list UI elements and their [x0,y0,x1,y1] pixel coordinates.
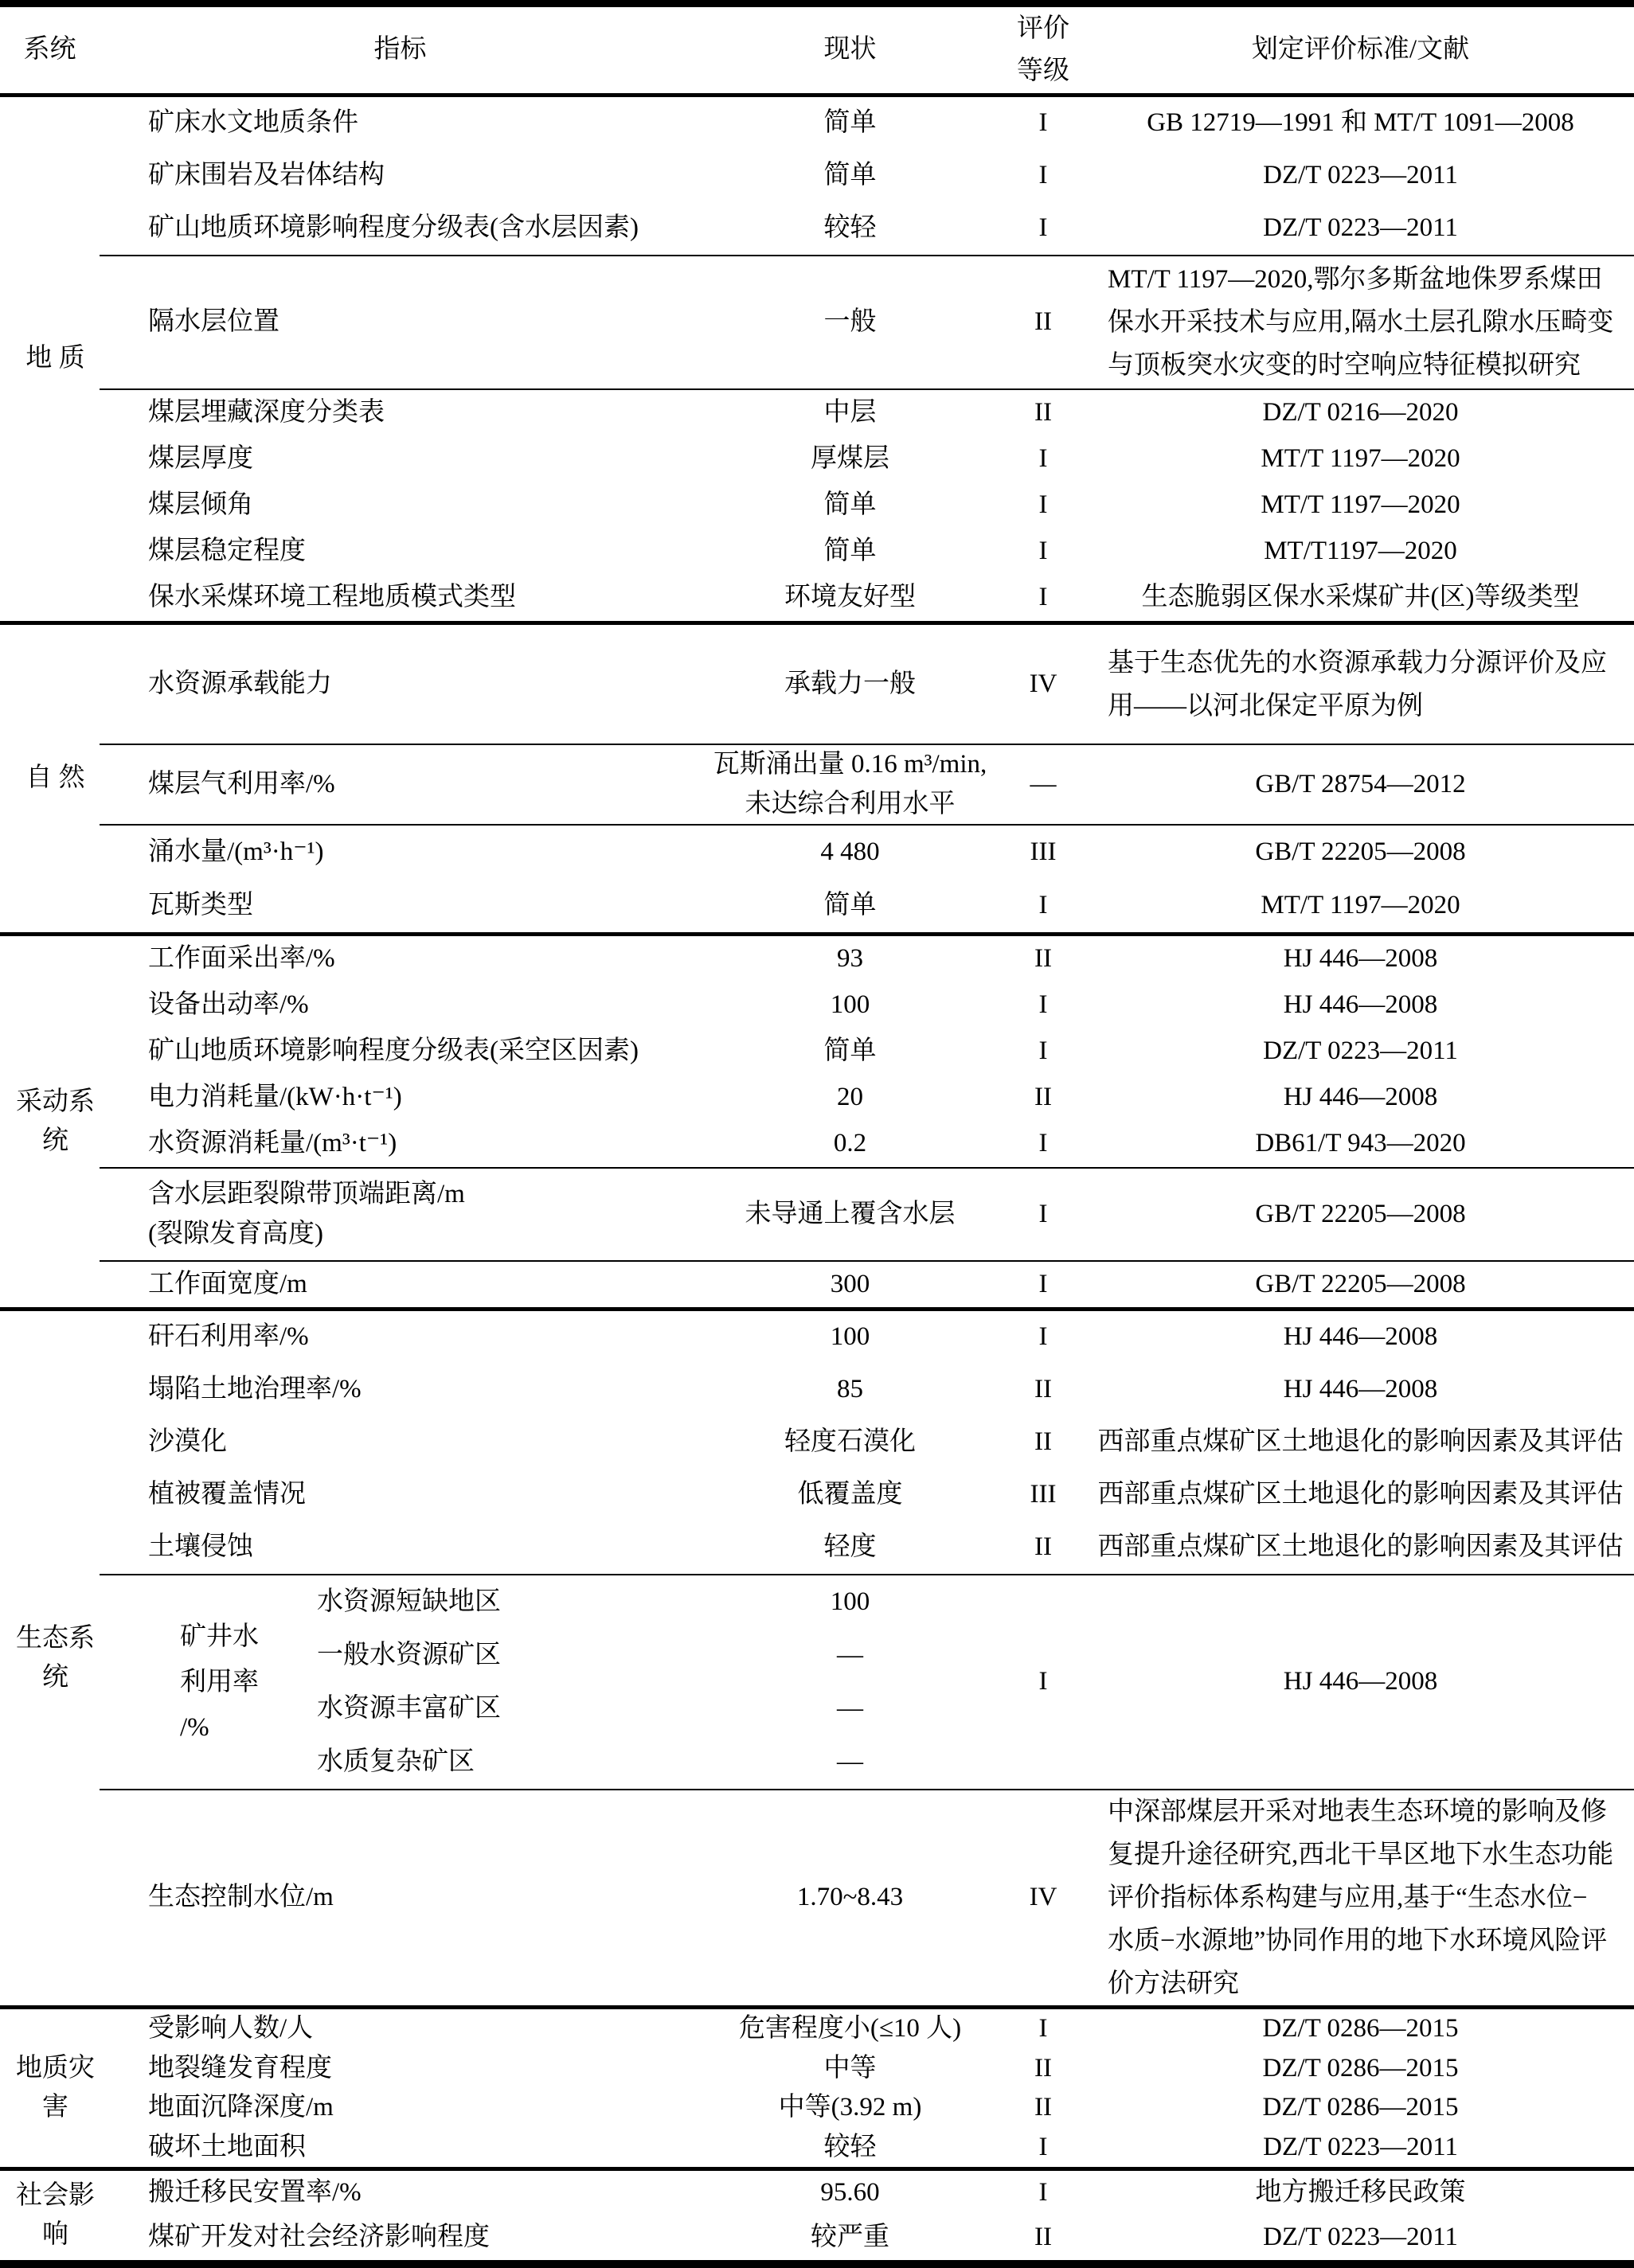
section-nature: 自 然 水资源承载能力 承载力一般 IV 基于生态优先的水资源承载力分源评价及应… [0,621,1634,932]
section-label: 地质灾害 [0,2009,100,2167]
standard-cell: MT/T 1197—2020 [1087,886,1634,926]
row-group: 生态控制水位/m 1.70~8.43 IV 中深部煤层开采对地表生态环境的影响及… [100,1789,1634,2005]
table-row: 煤层气利用率/% 瓦斯涌出量 0.16 m³/min, 未达综合利用水平 — G… [100,745,1634,824]
status-cell: 简单 [701,156,999,196]
section-social-impact: 社会影响 搬迁移民安置率/% 95.60 I 地方搬迁移民政策 煤矿开发对社会经… [0,2167,1634,2260]
indicator-cell: 植被覆盖情况 [100,1475,701,1515]
header-status: 现状 [701,30,999,70]
indicator-cell: 水资源消耗量/(m³·t⁻¹) [100,1124,701,1164]
grade-cell: I [999,578,1087,618]
table-row: 瓦斯类型 简单 I MT/T 1197—2020 [100,879,1634,932]
grade-cell: I [999,1032,1087,1072]
section-mining-system: 采动系统 工作面采出率/% 93 II HJ 446—2008 设备出动率/% … [0,932,1634,1307]
standard-cell: 中深部煤层开采对地表生态环境的影响及修 复提升途径研究,西北干旱区地下水生态功能… [1087,1790,1634,2005]
row-group: 隔水层位置 一般 II MT/T 1197—2020,鄂尔多斯盆地侏罗系煤田 保… [100,255,1634,388]
row-group: 受影响人数/人 危害程度小(≤10 人) I DZ/T 0286—2015 地裂… [100,2009,1634,2167]
indicator-cell: 煤层稳定程度 [100,532,701,572]
indicator-cell: 矿山地质环境影响程度分级表(采空区因素) [100,1032,701,1072]
indicator-cell: 矿山地质环境影响程度分级表(含水层因素) [100,209,701,248]
standard-cell: HJ 446—2008 [1087,1078,1634,1118]
table-row: 涌水量/(m³·h⁻¹) 4 480 III GB/T 22205—2008 [100,826,1634,879]
indicator-cell: 土壤侵蚀 [100,1528,701,1567]
status-cell: 20 [701,1078,999,1118]
table-row: 矿床围岩及岩体结构 简单 I DZ/T 0223—2011 [100,150,1634,202]
table-row: 煤层厚度 厚煤层 I MT/T 1197—2020 [100,436,1634,482]
table-row: 水资源短缺地区 100 [317,1575,999,1629]
standard-cell: GB 12719—1991 和 MT/T 1091—2008 [1087,103,1634,143]
table-row: 煤层稳定程度 简单 I MT/T1197—2020 [100,529,1634,575]
standard-cell: MT/T 1197—2020 [1087,486,1634,525]
section-label: 采动系统 [0,936,100,1307]
section-ecosystem: 生态系统 矸石利用率/% 100 I HJ 446—2008 塌陷土地治理率/%… [0,1307,1634,2005]
row-group: 涌水量/(m³·h⁻¹) 4 480 III GB/T 22205—2008 瓦… [100,824,1634,932]
row-group: 矸石利用率/% 100 I HJ 446—2008 塌陷土地治理率/% 85 I… [100,1311,1634,1574]
indicator-cell: 煤层倾角 [100,486,701,525]
indicator-cell: 含水层距裂隙带顶端距离/m (裂隙发育高度) [100,1175,701,1254]
status-cell: 瓦斯涌出量 0.16 m³/min, 未达综合利用水平 [701,745,999,824]
standard-cell: DZ/T 0223—2011 [1087,2218,1634,2258]
grade-cell: I [999,103,1087,143]
table-row: 保水采煤环境工程地质模式类型 环境友好型 I 生态脆弱区保水采煤矿井(区)等级类… [100,575,1634,621]
grade-cell: I [999,1662,1087,1702]
status-cell: 轻度石漠化 [701,1423,999,1462]
grade-cell: I [999,1124,1087,1164]
standard-cell: HJ 446—2008 [1087,1317,1634,1357]
standard-cell: 西部重点煤矿区土地退化的影响因素及其评估 [1087,1423,1634,1462]
table-row: 植被覆盖情况 低覆盖度 III 西部重点煤矿区土地退化的影响因素及其评估 [100,1469,1634,1521]
grade-cell: I [999,2009,1087,2049]
table-row: 工作面宽度/m 300 I GB/T 22205—2008 [100,1262,1634,1307]
status-cell: 简单 [701,532,999,572]
status-cell: 承载力一般 [701,665,999,705]
table-row: 沙漠化 轻度石漠化 II 西部重点煤矿区土地退化的影响因素及其评估 [100,1416,1634,1469]
status-cell: 环境友好型 [701,578,999,618]
status-cell: 0.2 [701,1124,999,1164]
grade-cell: III [999,1475,1087,1515]
table-row: 隔水层位置 一般 II MT/T 1197—2020,鄂尔多斯盆地侏罗系煤田 保… [100,256,1634,388]
grade-cell: II [999,2049,1087,2089]
indicator-cell: 工作面宽度/m [100,1265,701,1305]
section-geological-hazard: 地质灾害 受影响人数/人 危害程度小(≤10 人) I DZ/T 0286—20… [0,2005,1634,2167]
row-group: 工作面采出率/% 93 II HJ 446—2008 设备出动率/% 100 I… [100,936,1634,1167]
grade-cell: II [999,303,1087,342]
indicator-cell: 保水采煤环境工程地质模式类型 [100,578,701,618]
standard-cell: DZ/T 0223—2011 [1087,156,1634,196]
status-cell: 简单 [701,486,999,525]
header-system: 系统 [0,30,100,70]
status-cell: 100 [701,986,999,1025]
standard-cell: DZ/T 0286—2015 [1087,2009,1634,2049]
section-label: 地 质 [0,97,100,621]
status-cell: 轻度 [701,1528,999,1567]
table-row: 煤层埋藏深度分类表 中层 II DZ/T 0216—2020 [100,390,1634,436]
status-cell: 中等 [701,2049,999,2089]
standard-cell: DZ/T 0286—2015 [1087,2049,1634,2089]
indicator-cell: 地裂缝发育程度 [100,2049,701,2089]
status-cell: 93 [701,939,999,979]
table-row: 电力消耗量/(kW·h·t⁻¹) 20 II HJ 446—2008 [100,1075,1634,1121]
indicator-cell: 水资源承载能力 [100,665,701,705]
table-row: 塌陷土地治理率/% 85 II HJ 446—2008 [100,1364,1634,1416]
indicator-cell: 工作面采出率/% [100,939,701,979]
table-row: 土壤侵蚀 轻度 II 西部重点煤矿区土地退化的影响因素及其评估 [100,1521,1634,1574]
indicator-cell: 设备出动率/% [100,986,701,1025]
status-cell: 危害程度小(≤10 人) [701,2009,999,2049]
evaluation-table: 系统 指标 现状 评价 等级 划定评价标准/文献 地 质 矿床水文地质条件 简单… [0,0,1634,2268]
status-cell: — [701,1636,999,1676]
status-cell: 较严重 [701,2218,999,2258]
sub-indicator-cell: 水资源丰富矿区 [317,1689,701,1729]
grade-cell: II [999,2088,1087,2128]
status-cell: 4 480 [701,833,999,872]
standard-cell: GB/T 22205—2008 [1087,1195,1634,1235]
indicator-cell: 煤层埋藏深度分类表 [100,393,701,433]
grade-cell: II [999,1528,1087,1567]
table-row: 矿山地质环境影响程度分级表(采空区因素) 简单 I DZ/T 0223—2011 [100,1029,1634,1075]
grade-cell: II [999,2218,1087,2258]
grade-cell: II [999,1370,1087,1410]
grade-cell: I [999,2173,1087,2213]
grade-cell: I [999,439,1087,479]
table-row: 水资源丰富矿区 — [317,1682,999,1735]
status-cell: 未导通上覆含水层 [701,1195,999,1235]
indicator-cell: 瓦斯类型 [100,886,701,926]
table-row: 矿山地质环境影响程度分级表(含水层因素) 较轻 I DZ/T 0223—2011 [100,202,1634,255]
grade-cell: I [999,486,1087,525]
standard-cell: MT/T1197—2020 [1087,532,1634,572]
grade-cell: II [999,393,1087,433]
row-group-mine-water: 矿井水 利用率 /% 水资源短缺地区 100 一般水资源矿区 — 水资源丰富矿区 [100,1574,1634,1789]
standard-cell: GB/T 22205—2008 [1087,1265,1634,1305]
grade-cell: I [999,156,1087,196]
status-cell: 一般 [701,303,999,342]
table-row: 含水层距裂隙带顶端距离/m (裂隙发育高度) 未导通上覆含水层 I GB/T 2… [100,1169,1634,1260]
status-cell: 1.70~8.43 [701,1878,999,1918]
section-label: 生态系统 [0,1311,100,2005]
header-grade: 评价 等级 [999,8,1087,92]
standard-cell: 西部重点煤矿区土地退化的影响因素及其评估 [1087,1475,1634,1515]
grade-cell: IV [999,1878,1087,1918]
standard-cell: HJ 446—2008 [1087,1662,1634,1702]
table-row: 生态控制水位/m 1.70~8.43 IV 中深部煤层开采对地表生态环境的影响及… [100,1790,1634,2005]
standard-cell: MT/T 1197—2020 [1087,439,1634,479]
table-row: 矸石利用率/% 100 I HJ 446—2008 [100,1311,1634,1364]
indicator-cell: 煤层气利用率/% [100,765,701,805]
grade-cell: I [999,2128,1087,2168]
grade-cell: I [999,886,1087,926]
row-group: 工作面宽度/m 300 I GB/T 22205—2008 [100,1260,1634,1307]
indicator-cell: 地面沉降深度/m [100,2088,701,2128]
status-cell: 低覆盖度 [701,1475,999,1515]
status-cell: 中等(3.92 m) [701,2088,999,2128]
indicator-cell: 矿床水文地质条件 [100,103,701,143]
standard-cell: 地方搬迁移民政策 [1087,2173,1634,2213]
status-cell: 较轻 [701,2128,999,2168]
table-row: 煤层倾角 简单 I MT/T 1197—2020 [100,482,1634,529]
standard-cell: DZ/T 0286—2015 [1087,2088,1634,2128]
standard-cell: GB/T 22205—2008 [1087,833,1634,872]
standard-cell: MT/T 1197—2020,鄂尔多斯盆地侏罗系煤田 保水开采技术与应用,隔水土… [1087,258,1634,387]
status-cell: 简单 [701,886,999,926]
status-cell: 85 [701,1370,999,1410]
standard-cell: 生态脆弱区保水采煤矿井(区)等级类型 [1087,578,1634,618]
header-standard: 划定评价标准/文献 [1087,30,1634,70]
status-cell: 中层 [701,393,999,433]
row-group: 煤层埋藏深度分类表 中层 II DZ/T 0216—2020 煤层厚度 厚煤层 … [100,388,1634,621]
grade-cell: I [999,1317,1087,1357]
status-cell: 100 [701,1583,999,1622]
indicator-cell: 煤层厚度 [100,439,701,479]
status-cell: — [701,1689,999,1729]
indicator-cell: 生态控制水位/m [100,1878,701,1918]
table-row: 受影响人数/人 危害程度小(≤10 人) I DZ/T 0286—2015 [100,2009,1634,2049]
grade-cell: I [999,532,1087,572]
grade-cell: II [999,939,1087,979]
indicator-cell: 矸石利用率/% [100,1317,701,1357]
section-label: 社会影响 [0,2171,100,2260]
standard-cell: GB/T 28754—2012 [1087,765,1634,805]
indicator-cell: 搬迁移民安置率/% [100,2173,701,2213]
indicator-cell: 塌陷土地治理率/% [100,1370,701,1410]
grade-cell: I [999,1265,1087,1305]
table-row: 水资源消耗量/(m³·t⁻¹) 0.2 I DB61/T 943—2020 [100,1121,1634,1167]
status-cell: 简单 [701,103,999,143]
row-group: 水资源承载能力 承载力一般 IV 基于生态优先的水资源承载力分源评价及应 用——… [100,625,1634,744]
indicator-cell: 隔水层位置 [100,303,701,342]
status-cell: 厚煤层 [701,439,999,479]
standard-cell: HJ 446—2008 [1087,986,1634,1025]
status-cell: 简单 [701,1032,999,1072]
grade-cell: IV [999,665,1087,705]
status-cell: 100 [701,1317,999,1357]
standard-cell: DB61/T 943—2020 [1087,1124,1634,1164]
grade-cell: I [999,1195,1087,1235]
table-row: 煤矿开发对社会经济影响程度 较严重 II DZ/T 0223—2011 [100,2215,1634,2260]
table-row: 地裂缝发育程度 中等 II DZ/T 0286—2015 [100,2049,1634,2089]
indicator-cell: 破坏土地面积 [100,2128,701,2168]
indicator-cell: 矿床围岩及岩体结构 [100,156,701,196]
table-row: 矿床水文地质条件 简单 I GB 12719—1991 和 MT/T 1091—… [100,97,1634,150]
table-row: 水资源承载能力 承载力一般 IV 基于生态优先的水资源承载力分源评价及应 用——… [100,625,1634,744]
standard-cell: DZ/T 0223—2011 [1087,1032,1634,1072]
grade-cell: — [999,765,1087,805]
sub-indicator-cell: 水质复杂矿区 [317,1743,701,1782]
standard-cell: DZ/T 0223—2011 [1087,2128,1634,2168]
row-group: 含水层距裂隙带顶端距离/m (裂隙发育高度) 未导通上覆含水层 I GB/T 2… [100,1167,1634,1260]
section-geology: 地 质 矿床水文地质条件 简单 I GB 12719—1991 和 MT/T 1… [0,97,1634,621]
status-cell: 95.60 [701,2173,999,2213]
sub-indicator-cell: 一般水资源矿区 [317,1636,701,1676]
grade-cell: I [999,209,1087,248]
status-cell: 300 [701,1265,999,1305]
indicator-cell: 受影响人数/人 [100,2009,701,2049]
header-indicator: 指标 [100,30,701,70]
table-row: 水质复杂矿区 — [317,1735,999,1789]
table-row: 搬迁移民安置率/% 95.60 I 地方搬迁移民政策 [100,2171,1634,2215]
table-row: 地面沉降深度/m 中等(3.92 m) II DZ/T 0286—2015 [100,2088,1634,2128]
standard-cell: HJ 446—2008 [1087,939,1634,979]
standard-cell: HJ 446—2008 [1087,1370,1634,1410]
status-cell: — [701,1743,999,1782]
indicator-cell: 涌水量/(m³·h⁻¹) [100,833,701,872]
grade-cell: II [999,1423,1087,1462]
row-group: 煤层气利用率/% 瓦斯涌出量 0.16 m³/min, 未达综合利用水平 — G… [100,744,1634,824]
section-label: 自 然 [0,625,100,932]
grade-cell: I [999,986,1087,1025]
standard-cell: 基于生态优先的水资源承载力分源评价及应 用——以河北保定平原为例 [1087,642,1634,728]
table-row: 一般水资源矿区 — [317,1629,999,1682]
table-row: 设备出动率/% 100 I HJ 446—2008 [100,982,1634,1029]
row-group: 搬迁移民安置率/% 95.60 I 地方搬迁移民政策 煤矿开发对社会经济影响程度… [100,2171,1634,2260]
row-group: 矿床水文地质条件 简单 I GB 12719—1991 和 MT/T 1091—… [100,97,1634,255]
table-header: 系统 指标 现状 评价 等级 划定评价标准/文献 [0,7,1634,97]
standard-cell: DZ/T 0216—2020 [1087,393,1634,433]
mine-water-group-label: 矿井水 利用率 /% [100,1614,317,1751]
indicator-cell: 沙漠化 [100,1423,701,1462]
grade-cell: II [999,1078,1087,1118]
indicator-cell: 煤矿开发对社会经济影响程度 [100,2218,701,2258]
standard-cell: 西部重点煤矿区土地退化的影响因素及其评估 [1087,1528,1634,1567]
table-row: 工作面采出率/% 93 II HJ 446—2008 [100,936,1634,982]
indicator-cell: 电力消耗量/(kW·h·t⁻¹) [100,1078,701,1118]
sub-indicator-cell: 水资源短缺地区 [317,1583,701,1622]
status-cell: 较轻 [701,209,999,248]
standard-cell: DZ/T 0223—2011 [1087,209,1634,248]
table-row: 破坏土地面积 较轻 I DZ/T 0223—2011 [100,2128,1634,2168]
grade-cell: III [999,833,1087,872]
